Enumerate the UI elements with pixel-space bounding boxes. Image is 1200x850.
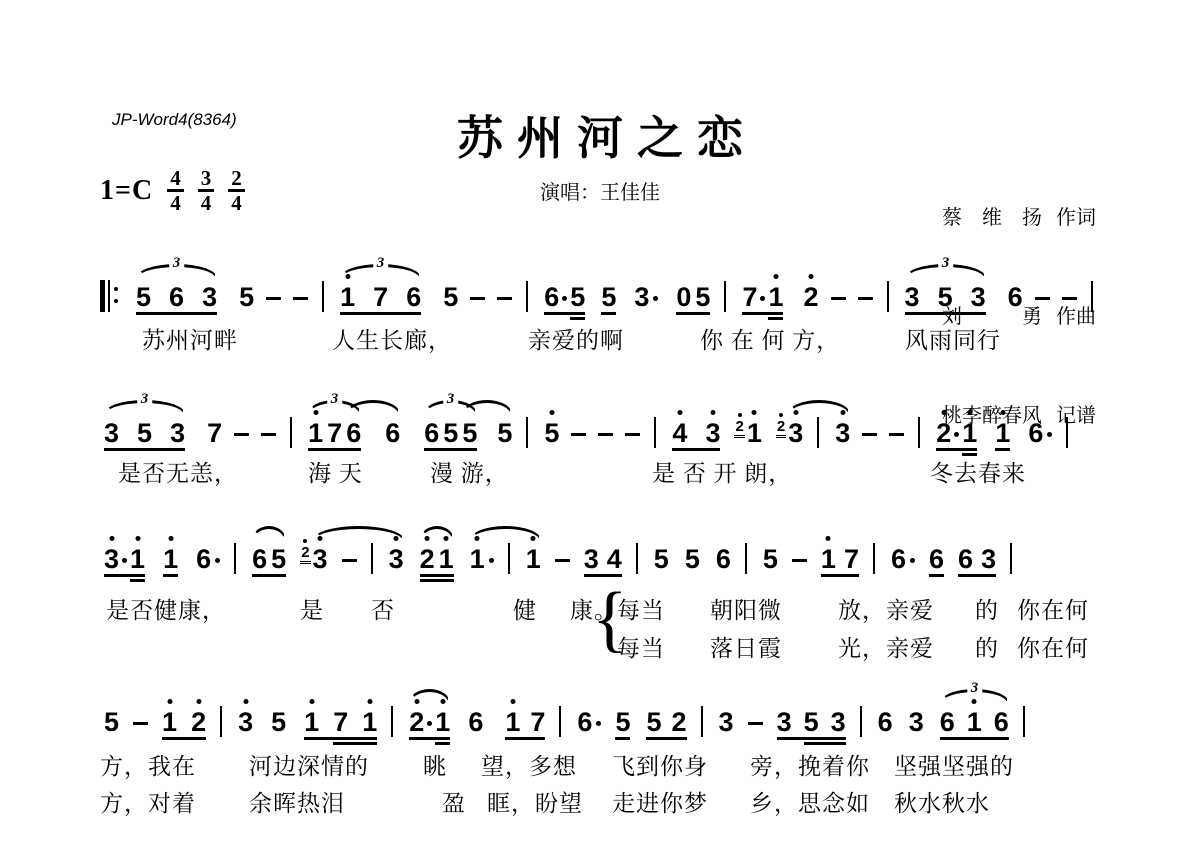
meter-denominator: 4 xyxy=(198,192,215,213)
sheet-music-page: JP-Word4(8364) 苏州河之恋 演唱：王佳佳 1=C 4 4 3 4 … xyxy=(0,0,1200,850)
meter-denominator: 4 xyxy=(228,192,245,213)
lyric-segment: 方，对着 xyxy=(100,785,196,818)
note-token: 3 xyxy=(238,707,253,737)
octave-dot xyxy=(779,413,783,417)
beam-underline xyxy=(742,312,783,315)
triplet-label: 3 xyxy=(169,256,185,270)
grace-note: 2 xyxy=(776,419,786,438)
beam-underline xyxy=(424,448,477,451)
meter-fraction: 2 4 xyxy=(228,168,245,213)
note-token: 6 xyxy=(406,282,421,312)
note-token: 3 xyxy=(909,707,924,737)
note-token: 3 xyxy=(705,418,720,448)
note-token: 6 xyxy=(929,544,944,574)
barline xyxy=(724,281,726,312)
dash-token xyxy=(470,297,485,300)
beam-underline xyxy=(104,574,145,577)
note-token: 3 xyxy=(981,544,996,574)
note-token: 4 xyxy=(672,418,687,448)
beam-underline xyxy=(544,312,585,315)
triplet-label: 3 xyxy=(137,392,153,406)
octave-dot xyxy=(549,410,554,415)
note-token: 5 xyxy=(462,418,477,448)
credit-role: 作词 xyxy=(1056,207,1096,229)
lyric-segment: 眺 xyxy=(423,748,447,781)
note-row: 563517656553057123536333 xyxy=(100,278,1160,312)
lyric-segment: 的 xyxy=(975,592,999,625)
dot-token xyxy=(122,558,127,563)
dash-token xyxy=(342,559,357,562)
note-token: 5 xyxy=(271,544,286,574)
lyric-segment: 漫 游， xyxy=(430,455,509,488)
note-token: 5 xyxy=(601,282,616,312)
note-token: 7 xyxy=(530,707,545,737)
octave-dot xyxy=(809,274,814,279)
barline xyxy=(745,543,747,574)
note-token: 6 xyxy=(958,544,973,574)
barline xyxy=(1091,281,1093,312)
beam-underline xyxy=(936,448,977,451)
dot-token xyxy=(910,558,915,563)
note-token: 5 xyxy=(646,707,661,737)
barline xyxy=(220,706,222,737)
beam-underline xyxy=(672,448,720,451)
octave-dot xyxy=(135,536,140,541)
lyric-segment: 落日霞 xyxy=(710,630,782,663)
repeat-sign-part xyxy=(100,280,105,312)
note-token: 2 xyxy=(672,707,687,737)
octave-dot xyxy=(167,699,172,704)
beam-underline xyxy=(676,312,710,315)
grace-note: 2 xyxy=(734,419,744,438)
barline xyxy=(1066,417,1068,448)
dash-token xyxy=(858,297,873,300)
lyric-segment: 海 天 xyxy=(308,455,363,488)
note-token: 5 xyxy=(104,707,119,737)
note-token: 1 xyxy=(162,707,177,737)
lyric-segment: 光，亲爱 xyxy=(838,630,934,663)
beam-underline xyxy=(570,317,585,320)
lyric-segment: 人生长廊， xyxy=(332,322,452,355)
note-token: 7 xyxy=(207,418,222,448)
beam-underline xyxy=(130,579,145,582)
key-label: 1=C xyxy=(100,175,153,207)
note-token: 3 xyxy=(777,707,792,737)
barline xyxy=(290,417,292,448)
beam-underline xyxy=(104,448,185,451)
barline xyxy=(322,281,324,312)
note-token: 3 xyxy=(905,282,920,312)
note-token: 5 xyxy=(443,282,458,312)
triplet-label: 3 xyxy=(967,681,983,695)
note-token: 3 xyxy=(104,418,119,448)
note-token: 1 xyxy=(362,707,377,737)
note-token: 6 xyxy=(940,707,955,737)
note-token: 5 xyxy=(654,544,669,574)
note-token: 1 xyxy=(340,282,355,312)
note-token: 1 xyxy=(526,544,541,574)
dash-token xyxy=(234,433,249,436)
dash-token xyxy=(1062,297,1077,300)
lyric-segment: 冬去春来 xyxy=(930,455,1026,488)
note-token: 6 xyxy=(878,707,893,737)
note-token: 3 xyxy=(313,544,328,574)
note-token: 5 xyxy=(497,418,512,448)
beam-underline xyxy=(435,742,450,745)
note-row: 512351712161765523353636163 xyxy=(100,703,1160,737)
note-token: 1 xyxy=(747,418,762,448)
note-row: 353717666555543212332116333 xyxy=(100,414,1160,448)
note-token: 1 xyxy=(163,544,178,574)
octave-dot xyxy=(367,699,372,704)
lyricist-credit: 蔡 维 扬作词 xyxy=(942,202,1096,235)
note-token: 6 xyxy=(1008,282,1023,312)
note-token: 5 xyxy=(685,544,700,574)
lyric-segment: 盈 xyxy=(442,785,466,818)
lyric-segment: 飞到你身 xyxy=(612,748,708,781)
lyric-segment: 的 xyxy=(975,630,999,663)
lyric-segment: 是 否 开 朗， xyxy=(652,455,792,488)
lyric-segment: 风雨同行 xyxy=(905,322,1001,355)
lyric-segment: 否 xyxy=(371,592,395,625)
octave-dot xyxy=(510,699,515,704)
note-token: 3 xyxy=(835,418,850,448)
beam-underline xyxy=(958,574,996,577)
beam-underline xyxy=(615,737,630,740)
lyric-segment: 望，多想 xyxy=(481,748,577,781)
note-token: 6 xyxy=(346,418,361,448)
note-token: 6 xyxy=(252,544,267,574)
note-token: 1 xyxy=(304,707,319,737)
note-token: 7 xyxy=(373,282,388,312)
lyric-segment: 余晖热泪 xyxy=(249,785,345,818)
barline xyxy=(817,417,819,448)
dot-token xyxy=(562,296,567,301)
beam-underline xyxy=(136,312,217,315)
note-token: 1 xyxy=(439,544,454,574)
note-token: 6 xyxy=(891,544,906,574)
meter-denominator: 4 xyxy=(167,192,184,213)
lyric-segment: 是 xyxy=(300,592,324,625)
note-token: 2 xyxy=(191,707,206,737)
note-token: 3 xyxy=(831,707,846,737)
barline xyxy=(701,706,703,737)
note-token: 1 xyxy=(505,707,520,737)
barline xyxy=(508,543,510,574)
note-token: 3 xyxy=(788,418,803,448)
triplet-arc: 3 xyxy=(340,264,421,278)
dash-token xyxy=(555,559,570,562)
triplet-label: 3 xyxy=(373,256,389,270)
dash-token xyxy=(889,433,904,436)
triplet-label: 3 xyxy=(327,392,343,406)
triplet-label: 3 xyxy=(938,256,954,270)
octave-dot xyxy=(109,536,114,541)
note-token: 3 xyxy=(584,544,599,574)
lyric-segment: 眶，盼望 xyxy=(487,785,583,818)
note-token: 1 xyxy=(995,418,1010,448)
meter-numerator: 2 xyxy=(228,168,245,192)
lyric-segment: 你在何 xyxy=(1017,630,1089,663)
note-token: 2 xyxy=(936,418,951,448)
note-token: 5 xyxy=(443,418,458,448)
note-token: 3 xyxy=(971,282,986,312)
lyric-segment: 乡，思念如 xyxy=(750,785,870,818)
beam-underline xyxy=(804,742,846,745)
octave-dot xyxy=(710,410,715,415)
dash-token xyxy=(625,433,640,436)
barline xyxy=(873,543,875,574)
note-token: 1 xyxy=(130,544,145,574)
lyric-segment: 健 xyxy=(513,592,537,625)
lyric-segment: 你在何 xyxy=(1017,592,1089,625)
lyric-segment: 是否健康， xyxy=(106,592,226,625)
note-token: 5 xyxy=(804,707,819,737)
barline xyxy=(1010,543,1012,574)
octave-dot xyxy=(1000,410,1005,415)
note-token: 5 xyxy=(763,544,778,574)
repeat-sign xyxy=(100,280,120,312)
slur-arc xyxy=(409,689,450,703)
dot-token xyxy=(215,558,220,563)
octave-dot xyxy=(168,536,173,541)
triplet-arc: 3 xyxy=(136,264,217,278)
meter-fraction: 3 4 xyxy=(198,168,215,213)
beam-underline xyxy=(940,737,1009,740)
beam-underline xyxy=(505,737,545,740)
octave-dot xyxy=(773,274,778,279)
barline xyxy=(918,417,920,448)
dash-token xyxy=(598,433,613,436)
note-token: 7 xyxy=(333,707,348,737)
triplet-label: 3 xyxy=(443,392,459,406)
note-token: 5 xyxy=(938,282,953,312)
meter-fraction: 4 4 xyxy=(167,168,184,213)
dash-token xyxy=(1035,297,1050,300)
barline xyxy=(1023,706,1025,737)
octave-dot xyxy=(826,536,831,541)
note-token: 1 xyxy=(308,418,323,448)
octave-dot xyxy=(941,410,946,415)
note-token: 6 xyxy=(424,418,439,448)
note-token: 5 xyxy=(271,707,286,737)
lyric-segment: 方，我在 xyxy=(100,748,196,781)
note-token: 5 xyxy=(570,282,585,312)
note-token: 1 xyxy=(435,707,450,737)
note-token: 1 xyxy=(821,544,836,574)
barline xyxy=(860,706,862,737)
lyric-segment: 你 在 何 方， xyxy=(700,322,840,355)
note-token: 5 xyxy=(136,282,151,312)
barline xyxy=(526,281,528,312)
credit-name: 蔡 维 扬 xyxy=(942,207,1042,229)
music-line: 512351712161765523353636163方，我在河边深情的眺望，多… xyxy=(100,703,1160,833)
octave-dot xyxy=(677,410,682,415)
beam-underline xyxy=(409,737,450,740)
note-token: 7 xyxy=(742,282,757,312)
lyric-segment: 河边深情的 xyxy=(249,748,369,781)
note-token: 1 xyxy=(470,544,485,574)
barline xyxy=(887,281,889,312)
barline xyxy=(636,543,638,574)
lyric-segment: 朝阳微 xyxy=(710,592,782,625)
beam-underline xyxy=(420,579,454,582)
lyric-segment: 苏州河畔 xyxy=(142,322,238,355)
note-token: 7 xyxy=(327,418,342,448)
beam-underline xyxy=(333,742,377,745)
beam-underline xyxy=(584,574,622,577)
beam-underline xyxy=(420,574,454,577)
note-token: 0 xyxy=(676,282,691,312)
beam-underline xyxy=(821,574,859,577)
music-line: 353717666555543212332116333是否无恙，海 天漫 游，是… xyxy=(100,414,1160,544)
note-token: 1 xyxy=(967,707,982,737)
note-token: 2 xyxy=(409,707,424,737)
barline xyxy=(526,417,528,448)
lyric-segment: 放，亲爱 xyxy=(838,592,934,625)
note-token: 6 xyxy=(169,282,184,312)
note-token: 6 xyxy=(385,418,400,448)
octave-dot xyxy=(303,539,307,543)
note-token: 2 xyxy=(420,544,435,574)
beam-underline xyxy=(905,312,986,315)
beam-underline xyxy=(163,574,178,577)
barline xyxy=(391,706,393,737)
barline xyxy=(559,706,561,737)
dot-token xyxy=(489,558,494,563)
note-token: 5 xyxy=(239,282,254,312)
beam-underline xyxy=(308,448,361,451)
note-token: 1 xyxy=(962,418,977,448)
beam-underline xyxy=(777,737,846,740)
music-line: 3116652332111345565176663是否健康，是否健康。每当朝阳微… xyxy=(100,540,1160,670)
dash-token xyxy=(862,433,877,436)
beam-underline xyxy=(995,448,1010,451)
note-token: 6 xyxy=(994,707,1009,737)
dash-token xyxy=(293,297,308,300)
dot-token xyxy=(427,721,432,726)
dot-token xyxy=(954,432,959,437)
beam-underline xyxy=(768,317,783,320)
music-line: 563517656553057123536333苏州河畔人生长廊，亲爱的啊你 在… xyxy=(100,278,1160,408)
note-token: 1 xyxy=(768,282,783,312)
dot-token xyxy=(1047,432,1052,437)
note-token: 2 xyxy=(804,282,819,312)
grace-note: 2 xyxy=(300,545,310,564)
octave-dot xyxy=(243,699,248,704)
meter-numerator: 3 xyxy=(198,168,215,192)
triplet-arc: 3 xyxy=(940,689,1009,703)
octave-dot xyxy=(967,410,972,415)
note-token: 3 xyxy=(634,282,649,312)
repeat-sign-part xyxy=(114,299,118,303)
lyric-segment: 旁，挽着你 xyxy=(750,748,870,781)
octave-dot xyxy=(309,699,314,704)
note-token: 6 xyxy=(577,707,592,737)
note-token: 3 xyxy=(389,544,404,574)
meter-numerator: 4 xyxy=(167,168,184,192)
beam-underline xyxy=(304,737,377,740)
dash-token xyxy=(831,297,846,300)
beam-underline xyxy=(340,312,421,315)
dot-token xyxy=(596,721,601,726)
lyric-segment: 秋水秋水 xyxy=(894,785,990,818)
lyric-segment: 走进你梦 xyxy=(612,785,708,818)
note-token: 3 xyxy=(170,418,185,448)
beam-underline xyxy=(162,737,206,740)
repeat-sign-part xyxy=(114,287,118,291)
dash-token xyxy=(133,722,148,725)
note-token: 5 xyxy=(137,418,152,448)
note-token: 3 xyxy=(202,282,217,312)
lyric-segment: 是否无恙， xyxy=(118,455,238,488)
octave-dot xyxy=(752,410,757,415)
note-token: 5 xyxy=(544,418,559,448)
dash-token xyxy=(266,297,281,300)
note-token: 3 xyxy=(104,544,119,574)
beam-underline xyxy=(929,574,944,577)
octave-dot xyxy=(196,699,201,704)
octave-dot xyxy=(738,413,742,417)
dash-token xyxy=(571,433,586,436)
note-token: 4 xyxy=(607,544,622,574)
dot-token xyxy=(760,296,765,301)
repeat-sign-part xyxy=(108,280,110,312)
lyric-segment: 亲爱的啊 xyxy=(528,322,624,355)
beam-underline xyxy=(646,737,687,740)
note-token: 6 xyxy=(1028,418,1043,448)
beam-underline xyxy=(252,574,286,577)
dash-token xyxy=(497,297,512,300)
note-token: 7 xyxy=(844,544,859,574)
dot-token xyxy=(653,296,658,301)
lyric-segment: 坚强坚强的 xyxy=(894,748,1014,781)
key-signature: 1=C 4 4 3 4 2 4 xyxy=(100,168,245,213)
note-token: 6 xyxy=(544,282,559,312)
dash-token xyxy=(792,559,807,562)
verse-brace: { xyxy=(592,582,628,656)
note-token: 6 xyxy=(468,707,483,737)
dash-token xyxy=(748,722,763,725)
barline xyxy=(234,543,236,574)
barline xyxy=(371,543,373,574)
note-token: 3 xyxy=(719,707,734,737)
note-token: 6 xyxy=(716,544,731,574)
dash-token xyxy=(261,433,276,436)
note-token: 5 xyxy=(615,707,630,737)
note-row: 3116652332111345565176663 xyxy=(100,540,1160,574)
beam-underline xyxy=(601,312,616,315)
barline xyxy=(654,417,656,448)
note-token: 6 xyxy=(196,544,211,574)
note-token: 5 xyxy=(695,282,710,312)
